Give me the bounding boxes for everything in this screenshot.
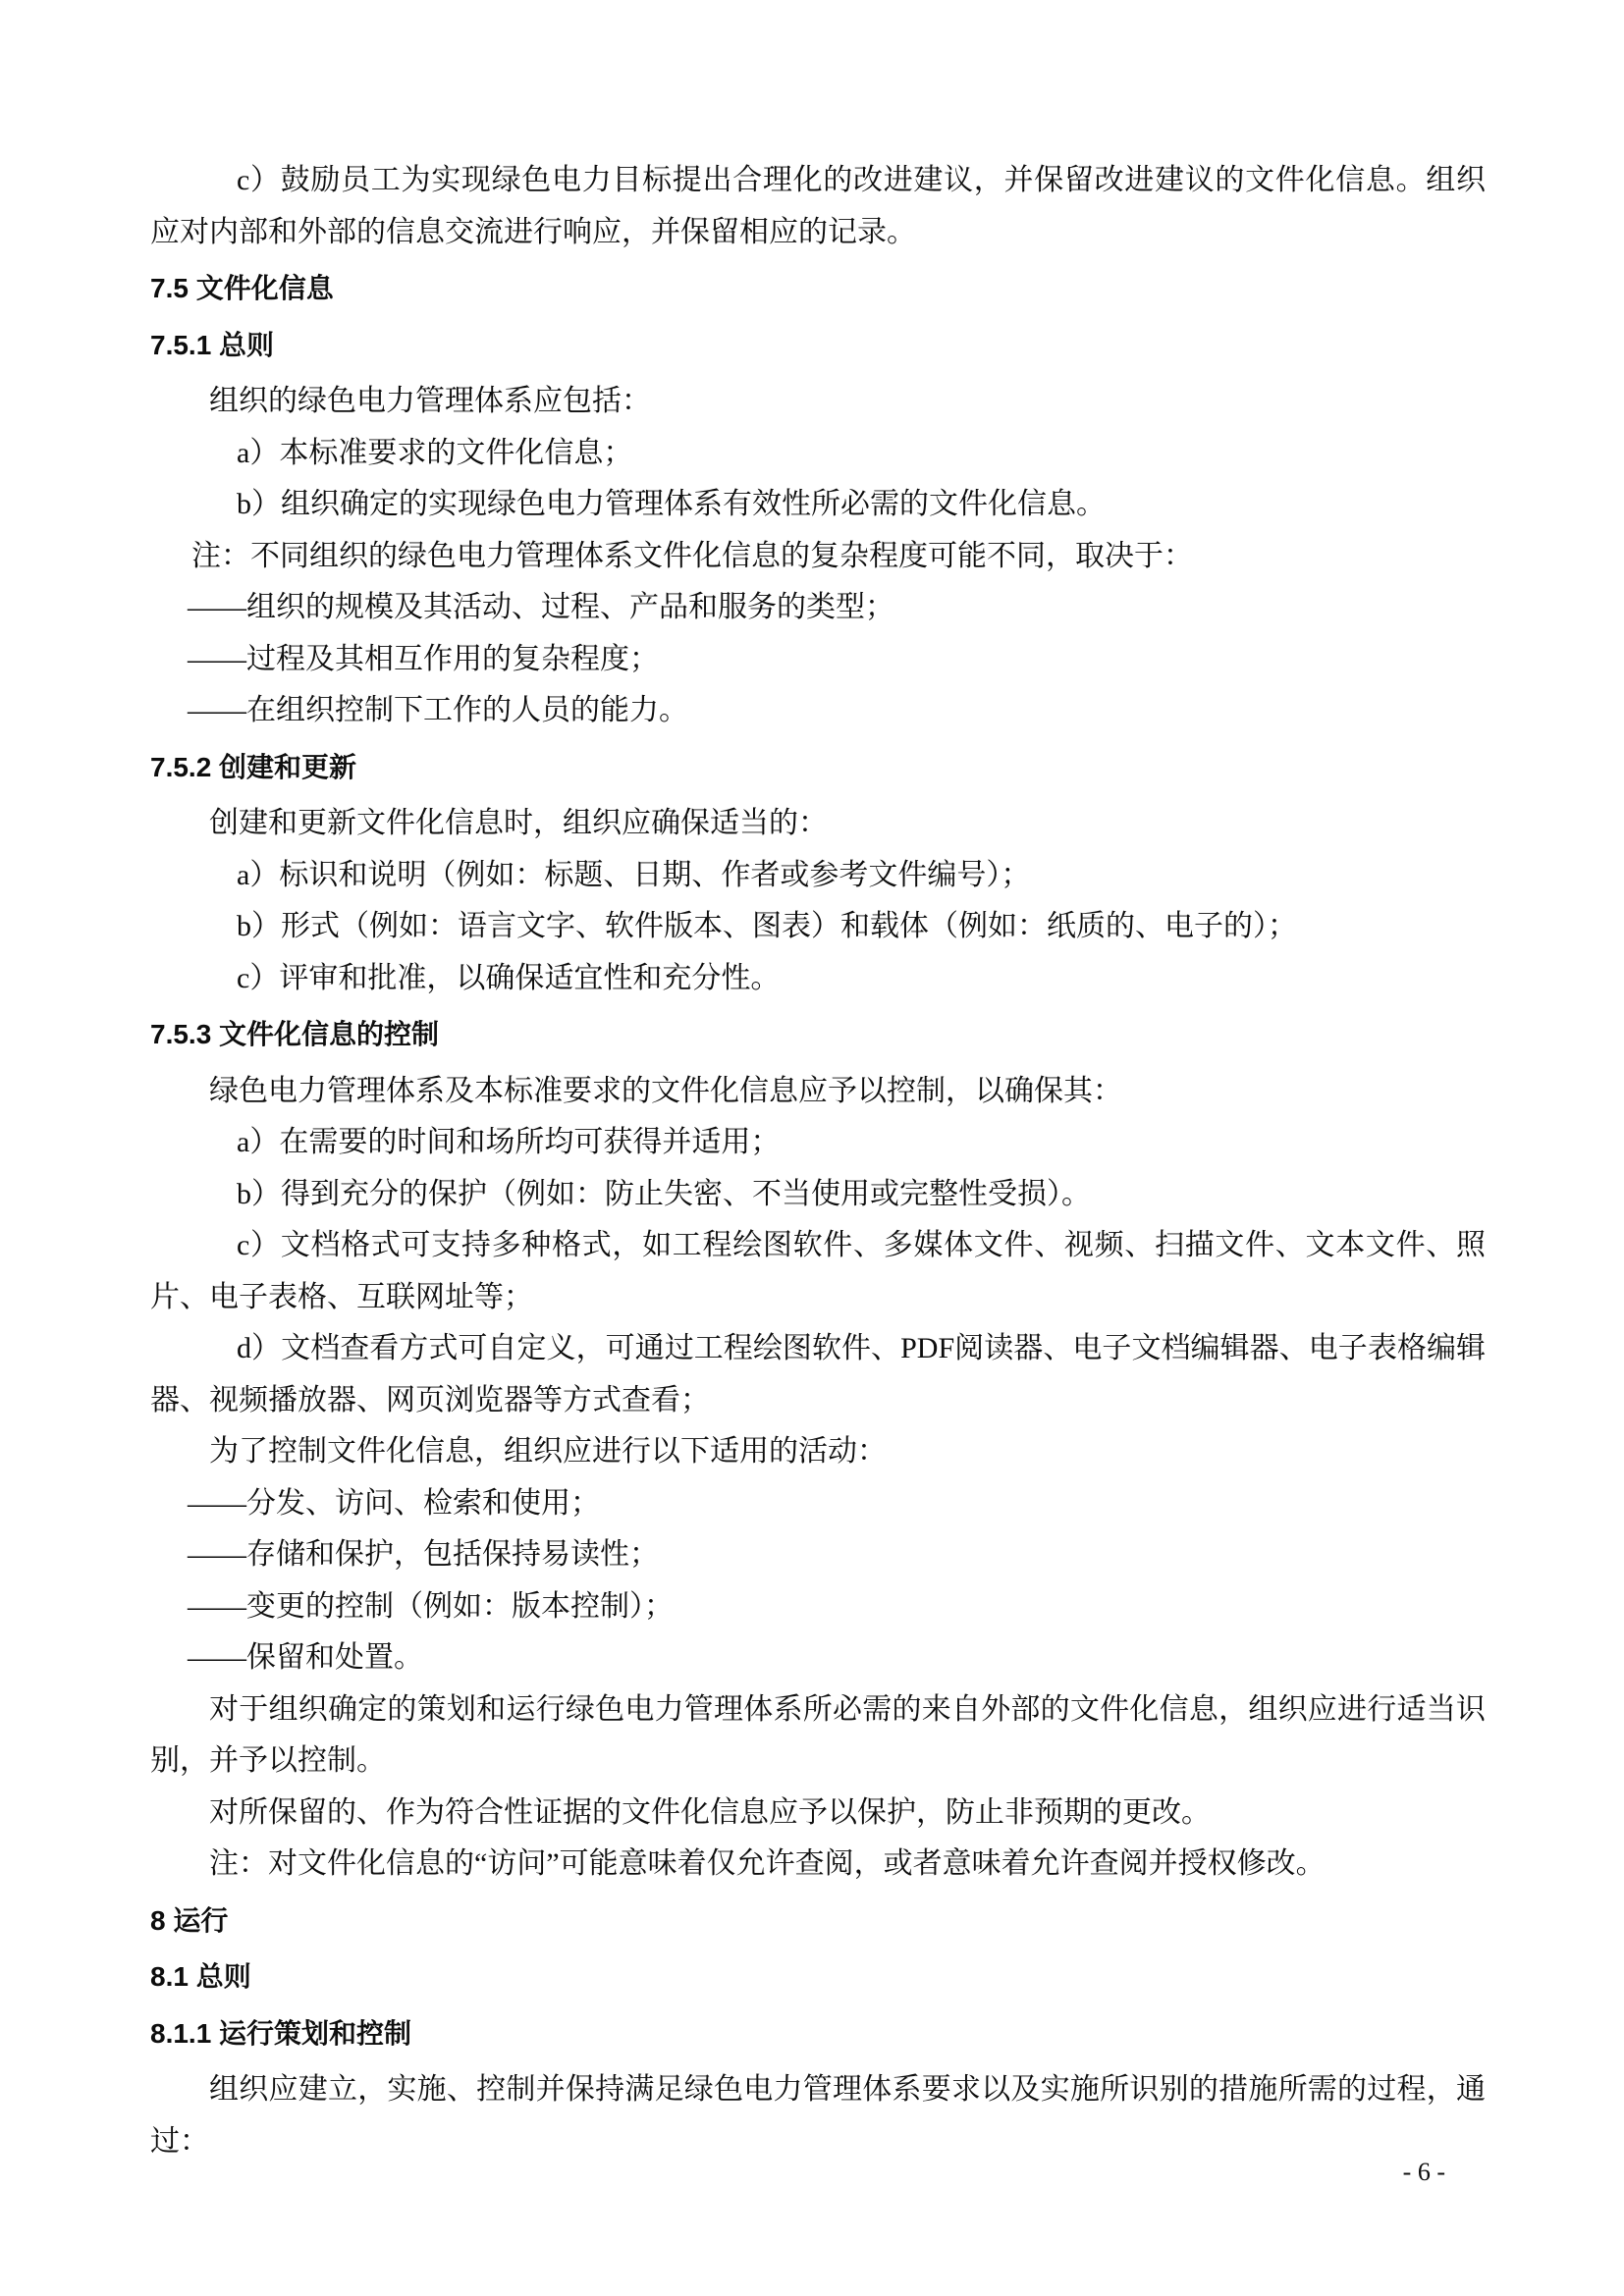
paragraph: 对所保留的、作为符合性证据的文件化信息应予以保护，防止非预期的更改。 xyxy=(150,1788,1486,1840)
heading-8-1-1: 8.1.1 运行策划和控制 xyxy=(150,2008,1486,2060)
list-item: b）组织确定的实现绿色电力管理体系有效性所必需的文件化信息。 xyxy=(150,479,1486,531)
paragraph: 组织的绿色电力管理体系应包括： xyxy=(150,376,1486,428)
heading-8: 8 运行 xyxy=(150,1896,1486,1948)
list-item: c）鼓励员工为实现绿色电力目标提出合理化的改进建议，并保留改进建议的文件化信息。… xyxy=(150,155,1486,258)
dash-item: ——保留和处置。 xyxy=(150,1632,1486,1684)
list-item: b）得到充分的保护（例如：防止失密、不当使用或完整性受损）。 xyxy=(150,1169,1486,1221)
heading-7-5-2: 7.5.2 创建和更新 xyxy=(150,742,1486,794)
dash-item: ——分发、访问、检索和使用； xyxy=(150,1478,1486,1530)
dash-item: ——存储和保护，包括保持易读性； xyxy=(150,1529,1486,1581)
list-item: a）本标准要求的文件化信息； xyxy=(150,428,1486,480)
dash-item: ——过程及其相互作用的复杂程度； xyxy=(150,634,1486,686)
paragraph: 创建和更新文件化信息时，组织应确保适当的： xyxy=(150,798,1486,850)
document-page: c）鼓励员工为实现绿色电力目标提出合理化的改进建议，并保留改进建议的文件化信息。… xyxy=(0,0,1624,2296)
paragraph: 对于组织确定的策划和运行绿色电力管理体系所必需的来自外部的文件化信息，组织应进行… xyxy=(150,1684,1486,1788)
paragraph: 为了控制文件化信息，组织应进行以下适用的活动： xyxy=(150,1426,1486,1478)
dash-item: ——变更的控制（例如：版本控制）； xyxy=(150,1581,1486,1633)
list-item: c）评审和批准，以确保适宜性和充分性。 xyxy=(150,953,1486,1005)
heading-7-5-1: 7.5.1 总则 xyxy=(150,320,1486,372)
note: 注：对文件化信息的“访问”可能意味着仅允许查阅，或者意味着允许查阅并授权修改。 xyxy=(150,1839,1486,1891)
list-item: a）在需要的时间和场所均可获得并适用； xyxy=(150,1117,1486,1169)
list-item: c）文档格式可支持多种格式，如工程绘图软件、多媒体文件、视频、扫描文件、文本文件… xyxy=(150,1220,1486,1323)
list-item: a）标识和说明（例如：标题、日期、作者或参考文件编号）； xyxy=(150,850,1486,902)
page-number: - 6 - xyxy=(1403,2156,1445,2189)
heading-8-1: 8.1 总则 xyxy=(150,1951,1486,2003)
heading-7-5-3: 7.5.3 文件化信息的控制 xyxy=(150,1009,1486,1061)
list-item: d）文档查看方式可自定义，可通过工程绘图软件、PDF阅读器、电子文档编辑器、电子… xyxy=(150,1323,1486,1426)
paragraph: 绿色电力管理体系及本标准要求的文件化信息应予以控制，以确保其： xyxy=(150,1066,1486,1118)
paragraph: 组织应建立，实施、控制并保持满足绿色电力管理体系要求以及实施所识别的措施所需的过… xyxy=(150,2064,1486,2167)
heading-7-5: 7.5 文件化信息 xyxy=(150,263,1486,315)
note: 注：不同组织的绿色电力管理体系文件化信息的复杂程度可能不同，取决于： xyxy=(150,531,1486,583)
dash-item: ——在组织控制下工作的人员的能力。 xyxy=(150,685,1486,737)
list-item: b）形式（例如：语言文字、软件版本、图表）和载体（例如：纸质的、电子的）； xyxy=(150,901,1486,953)
dash-item: ——组织的规模及其活动、过程、产品和服务的类型； xyxy=(150,582,1486,634)
